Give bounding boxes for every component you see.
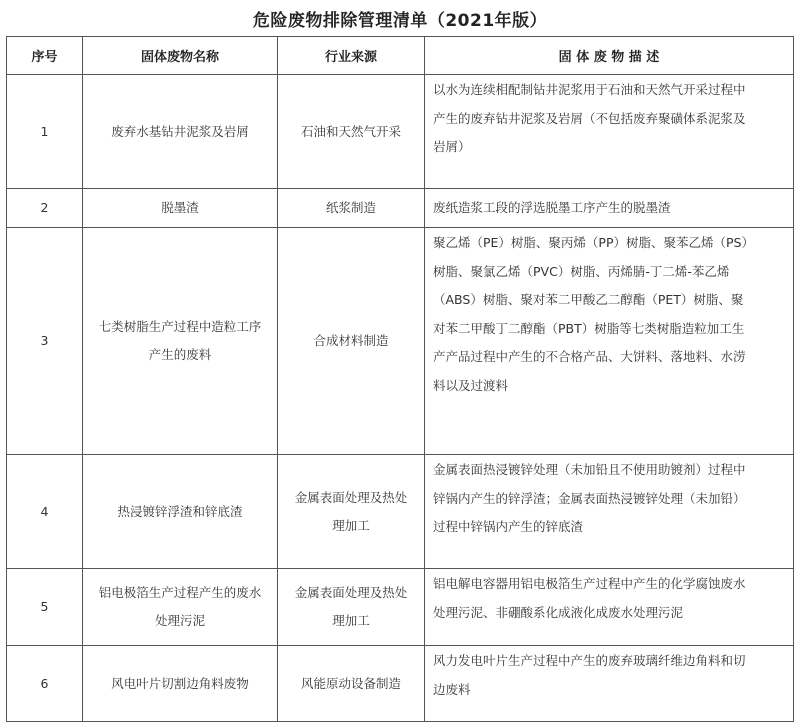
description-line: 金属表面热浸镀锌处理（未加铅且不使用助镀剂）过程中: [433, 456, 785, 485]
table-header-row: 序号 固体废物名称 行业来源 固 体 废 物 描 述: [7, 37, 794, 75]
waste-name-line: 产生的废料: [89, 341, 271, 369]
waste-name-cell: 废弃水基钻井泥浆及岩屑: [83, 75, 278, 189]
description-line: 过程中锌锅内产生的锌底渣: [433, 513, 785, 542]
waste-name-line: 风电叶片切割边角料废物: [89, 670, 271, 698]
header-serial-no: 序号: [7, 37, 83, 75]
industry-source-cell: 纸浆制造: [278, 189, 425, 228]
table-row: 5 铝电极箔生产过程产生的废水 处理污泥 金属表面处理及热处 理加工 铝电解电容…: [7, 569, 794, 646]
industry-source-line: 金属表面处理及热处: [284, 484, 418, 512]
industry-source-line: 石油和天然气开采: [284, 118, 418, 146]
waste-name-cell: 热浸镀锌浮渣和锌底渣: [83, 455, 278, 569]
waste-name-cell: 铝电极箔生产过程产生的废水 处理污泥: [83, 569, 278, 646]
waste-name-line: 废弃水基钻井泥浆及岩屑: [89, 118, 271, 146]
industry-source-cell: 石油和天然气开采: [278, 75, 425, 189]
waste-description-cell: 以水为连续相配制钻井泥浆用于石油和天然气开采过程中 产生的废弃钻井泥浆及岩屑（不…: [425, 75, 794, 189]
header-waste-description: 固 体 废 物 描 述: [425, 37, 794, 75]
industry-source-cell: 金属表面处理及热处 理加工: [278, 455, 425, 569]
waste-name-line: 处理污泥: [89, 607, 271, 635]
serial-no-cell: 3: [7, 228, 83, 455]
hazardous-waste-exclusion-table: 序号 固体废物名称 行业来源 固 体 废 物 描 述 1 废弃水基钻井泥浆及岩屑…: [6, 36, 794, 722]
serial-no-cell: 1: [7, 75, 83, 189]
description-line: 边废料: [433, 676, 785, 705]
waste-name-cell: 风电叶片切割边角料废物: [83, 646, 278, 722]
industry-source-line: 纸浆制造: [284, 194, 418, 222]
description-line: 以水为连续相配制钻井泥浆用于石油和天然气开采过程中: [433, 76, 785, 105]
description-line: 铝电解电容器用铝电极箔生产过程中产生的化学腐蚀废水: [433, 570, 785, 599]
waste-description-cell: 风力发电叶片生产过程中产生的废弃玻璃纤维边角料和切 边废料: [425, 646, 794, 722]
waste-description-cell: 金属表面热浸镀锌处理（未加铅且不使用助镀剂）过程中 锌锅内产生的锌浮渣；金属表面…: [425, 455, 794, 569]
header-industry-source: 行业来源: [278, 37, 425, 75]
description-line: 处理污泥、非硼酸系化成液化成废水处理污泥: [433, 599, 785, 628]
description-line: 料以及过渡料: [433, 372, 785, 401]
waste-name-cell: 脱墨渣: [83, 189, 278, 228]
waste-description-cell: 铝电解电容器用铝电极箔生产过程中产生的化学腐蚀废水 处理污泥、非硼酸系化成液化成…: [425, 569, 794, 646]
description-line: （ABS）树脂、聚对苯二甲酸乙二醇酯（PET）树脂、聚: [433, 286, 785, 315]
industry-source-line: 理加工: [284, 607, 418, 635]
waste-name-line: 脱墨渣: [89, 194, 271, 222]
industry-source-cell: 合成材料制造: [278, 228, 425, 455]
description-line: 产生的废弃钻井泥浆及岩屑（不包括废弃聚磺体系泥浆及: [433, 105, 785, 134]
industry-source-line: 风能原动设备制造: [284, 670, 418, 698]
waste-name-line: 七类树脂生产过程中造粒工序: [89, 313, 271, 341]
industry-source-line: 合成材料制造: [284, 327, 418, 355]
description-line: 产产品过程中产生的不合格产品、大饼料、落地料、水涝: [433, 343, 785, 372]
description-line: 锌锅内产生的锌浮渣；金属表面热浸镀锌处理（未加铅）: [433, 485, 785, 514]
table-row: 6 风电叶片切割边角料废物 风能原动设备制造 风力发电叶片生产过程中产生的废弃玻…: [7, 646, 794, 722]
table-row: 2 脱墨渣 纸浆制造 废纸造浆工段的浮选脱墨工序产生的脱墨渣: [7, 189, 794, 228]
industry-source-line: 金属表面处理及热处: [284, 579, 418, 607]
industry-source-cell: 风能原动设备制造: [278, 646, 425, 722]
serial-no-cell: 4: [7, 455, 83, 569]
waste-description-cell: 废纸造浆工段的浮选脱墨工序产生的脱墨渣: [425, 189, 794, 228]
table-row: 1 废弃水基钻井泥浆及岩屑 石油和天然气开采 以水为连续相配制钻井泥浆用于石油和…: [7, 75, 794, 189]
description-line: 废纸造浆工段的浮选脱墨工序产生的脱墨渣: [433, 194, 785, 223]
serial-no-cell: 5: [7, 569, 83, 646]
document-title: 危险废物排除管理清单（2021年版）: [0, 6, 800, 31]
industry-source-cell: 金属表面处理及热处 理加工: [278, 569, 425, 646]
serial-no-cell: 6: [7, 646, 83, 722]
serial-no-cell: 2: [7, 189, 83, 228]
description-line: 岩屑）: [433, 133, 785, 162]
description-line: 风力发电叶片生产过程中产生的废弃玻璃纤维边角料和切: [433, 647, 785, 676]
description-line: 对苯二甲酸丁二醇酯（PBT）树脂等七类树脂造粒加工生: [433, 315, 785, 344]
header-waste-name: 固体废物名称: [83, 37, 278, 75]
waste-name-line: 热浸镀锌浮渣和锌底渣: [89, 498, 271, 526]
table-row: 3 七类树脂生产过程中造粒工序 产生的废料 合成材料制造 聚乙烯（PE）树脂、聚…: [7, 228, 794, 455]
industry-source-line: 理加工: [284, 512, 418, 540]
waste-description-cell: 聚乙烯（PE）树脂、聚丙烯（PP）树脂、聚苯乙烯（PS） 树脂、聚氯乙烯（PVC…: [425, 228, 794, 455]
waste-name-line: 铝电极箔生产过程产生的废水: [89, 579, 271, 607]
table-row: 4 热浸镀锌浮渣和锌底渣 金属表面处理及热处 理加工 金属表面热浸镀锌处理（未加…: [7, 455, 794, 569]
description-line: 聚乙烯（PE）树脂、聚丙烯（PP）树脂、聚苯乙烯（PS）: [433, 229, 785, 258]
waste-name-cell: 七类树脂生产过程中造粒工序 产生的废料: [83, 228, 278, 455]
description-line: 树脂、聚氯乙烯（PVC）树脂、丙烯腈-丁二烯-苯乙烯: [433, 258, 785, 287]
